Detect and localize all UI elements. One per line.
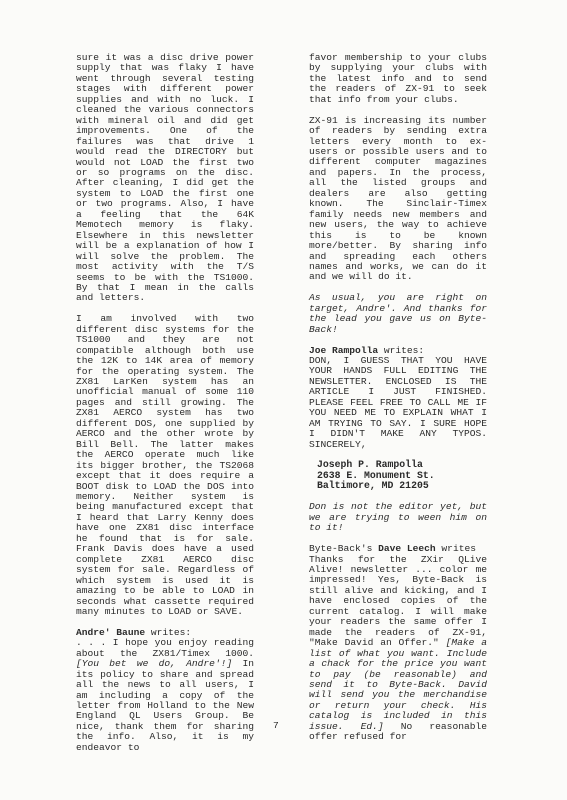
- letter-body: DON, I GUESS THAT YOU HAVE YOUR HANDS FU…: [309, 356, 487, 450]
- andre-baune-letter: Andre' Baune writes: . . . I hope you en…: [76, 628, 254, 753]
- dave-leech-letter: Byte-Back's Dave Leech writes Thanks for…: [309, 544, 487, 743]
- zx91-paragraph: ZX-91 is increasing its number of reader…: [309, 116, 487, 283]
- editor-reply: As usual, you are right on target, Andre…: [309, 293, 487, 335]
- author-name: Dave Leech: [378, 543, 436, 554]
- heading-suffix: writes:: [378, 345, 424, 356]
- address-city: Baltimore, MD 21205: [317, 481, 487, 492]
- disc-systems-paragraph: I am involved with two different disc sy…: [76, 314, 254, 617]
- page-number: 7: [273, 720, 279, 731]
- author-name: Joe Rampolla: [309, 345, 378, 356]
- letter-text: Thanks for the ZXir QLive Alive! newslet…: [309, 554, 487, 649]
- author-name: Andre' Baune: [76, 627, 145, 638]
- editor-note: [Make a list of what you want. Include a…: [309, 637, 487, 732]
- letter-text: . . . I hope you enjoy reading about the…: [76, 637, 254, 658]
- heading-suffix: writes: [436, 543, 476, 554]
- disc-drive-paragraph: sure it was a disc drive power supply th…: [76, 53, 254, 304]
- heading-suffix: writes:: [145, 627, 191, 638]
- editor-reply: Don is not the editor yet, but we are tr…: [309, 502, 487, 533]
- mailing-address: Joseph P. Rampolla 2638 E. Monument St. …: [309, 460, 487, 492]
- letter-body: Thanks for the ZXir QLive Alive! newslet…: [309, 555, 487, 743]
- editor-note: [You bet we do, Andre'!]: [76, 658, 232, 669]
- letter-body: . . . I hope you enjoy reading about the…: [76, 638, 254, 753]
- joe-rampolla-letter: Joe Rampolla writes: DON, I GUESS THAT Y…: [309, 346, 487, 451]
- right-column: favor membership to your clubs by supply…: [309, 53, 487, 743]
- letter-text: In its policy to share and spread all th…: [76, 658, 254, 753]
- membership-paragraph: favor membership to your clubs by supply…: [309, 53, 487, 105]
- heading-prefix: Byte-Back's: [309, 543, 378, 554]
- left-column: sure it was a disc drive power supply th…: [76, 53, 254, 753]
